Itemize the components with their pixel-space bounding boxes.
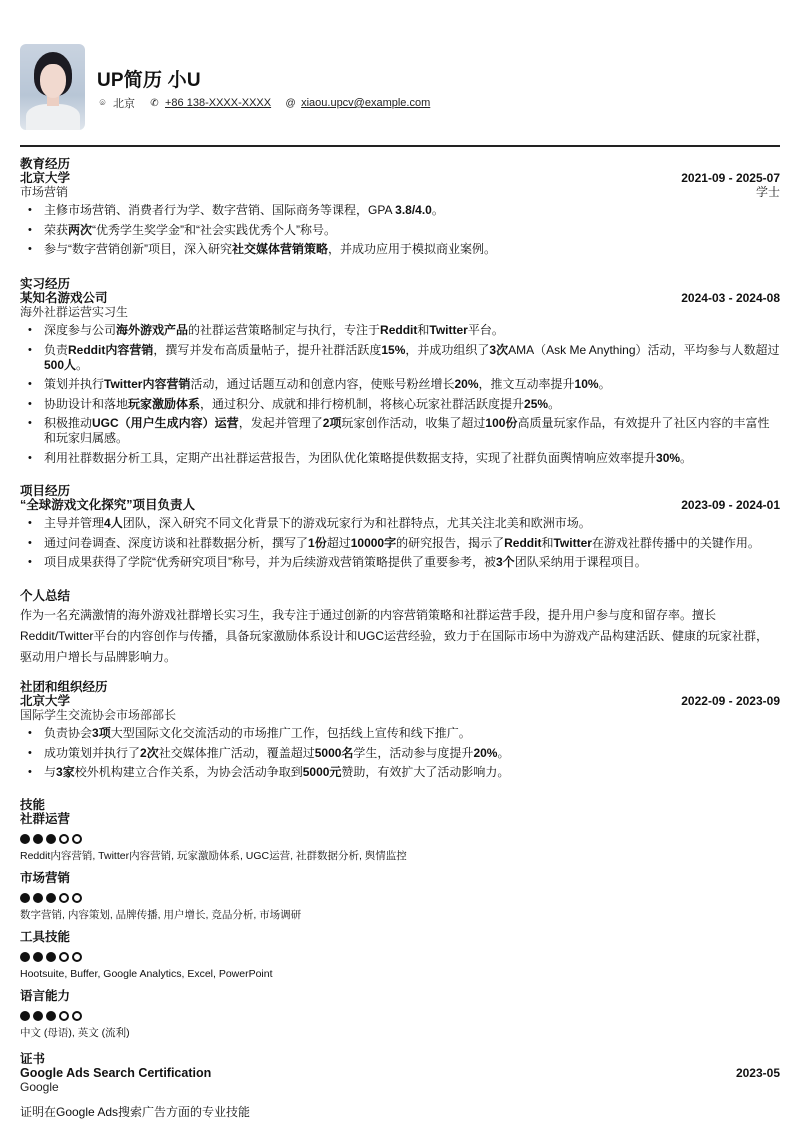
skill-level-rating xyxy=(20,1011,780,1021)
skill-keywords: 数字营销, 内容策划, 品牌传播, 用户增长, 竞品分析, 市场调研 xyxy=(20,909,780,922)
list-item: 与3家校外机构建立合作关系，为协会活动争取到5000元赞助，有效扩大了活动影响力… xyxy=(20,765,780,780)
filled-dot-icon xyxy=(33,1011,43,1021)
list-item: 负责协会3项大型国际文化交流活动的市场推广工作，包括线上宣传和线下推广。 xyxy=(20,726,780,741)
section-title: 实习经历 xyxy=(20,277,780,291)
project-bullets: 主导并管理4人团队，深入研究不同文化背景下的游戏玩家行为和社群特点，尤其关注北美… xyxy=(20,516,780,570)
section-title: 社团和组织经历 xyxy=(20,680,780,694)
filled-dot-icon xyxy=(20,893,30,903)
project-section: 项目经历 “全球游戏文化探究”项目负责人 2023-09 - 2024-01 主… xyxy=(20,484,780,575)
contact-info: ⌾ 北京 ✆ +86 138-XXXX-XXXX @ xiaou.upcv@ex… xyxy=(97,95,430,111)
certificate-description: 证明在Google Ads搜索广告方面的专业技能 xyxy=(20,1105,780,1119)
skill-keywords: Hootsuite, Buffer, Google Analytics, Exc… xyxy=(20,968,780,981)
list-item: 通过问卷调查、深度访谈和社群数据分析，撰写了1份超过10000字的研究报告，揭示… xyxy=(20,536,780,551)
list-item: 参与“数字营销创新”项目，深入研究社交媒体营销策略，并成功应用于模拟商业案例。 xyxy=(20,242,780,257)
section-title: 证书 xyxy=(20,1052,780,1066)
candidate-name: UP简历 小U xyxy=(97,65,201,92)
phone-link[interactable]: +86 138-XXXX-XXXX xyxy=(165,97,271,109)
section-title: 教育经历 xyxy=(20,157,780,171)
list-item: 积极推动UGC（用户生成内容）运营，发起并管理了2项玩家创作活动，收集了超过10… xyxy=(20,416,780,446)
summary-section: 个人总结 作为一名充满激情的海外游戏社群增长实习生，我专注于通过创新的内容营销策… xyxy=(20,589,780,668)
map-pin-icon: ⌾ xyxy=(97,98,108,109)
company-name: 某知名游戏公司 xyxy=(20,291,108,305)
list-item: 项目成果获得了学院“优秀研究项目”称号，并为后续游戏营销策略提供了重要参考，被3… xyxy=(20,555,780,570)
list-item: 策划并执行Twitter内容营销活动，通过话题互动和创意内容，使账号粉丝增长20… xyxy=(20,377,780,392)
internship-dates: 2024-03 - 2024-08 xyxy=(681,291,780,305)
empty-dot-icon xyxy=(59,834,69,844)
profile-photo xyxy=(20,44,85,130)
skill-name: 社群运营 xyxy=(20,812,780,827)
skill-keywords: Reddit内容营销, Twitter内容营销, 玩家激励体系, UGC运营, … xyxy=(20,850,780,863)
education-bullets: 主修市场营销、消费者行为学、数字营销、国际商务等课程，GPA 3.8/4.0。荣… xyxy=(20,203,780,257)
list-item: 负责Reddit内容营销，撰写并发布高质量帖子，提升社群活跃度15%，并成功组织… xyxy=(20,343,780,373)
empty-dot-icon xyxy=(72,893,82,903)
organization-section: 社团和组织经历 北京大学 2022-09 - 2023-09 国际学生交流协会市… xyxy=(20,680,780,785)
filled-dot-icon xyxy=(20,834,30,844)
job-role: 海外社群运营实习生 xyxy=(20,305,128,319)
certificate-name: Google Ads Search Certification xyxy=(20,1066,211,1080)
list-item: 协助设计和落地玩家激励体系，通过积分、成就和排行榜机制，将核心玩家社群活跃度提升… xyxy=(20,397,780,412)
summary-text: 作为一名充满激情的海外游戏社群增长实习生，我专注于通过创新的内容营销策略和社群运… xyxy=(20,605,780,668)
filled-dot-icon xyxy=(46,952,56,962)
skill-level-rating xyxy=(20,834,780,844)
skill-level-rating xyxy=(20,952,780,962)
project-dates: 2023-09 - 2024-01 xyxy=(681,498,780,512)
list-item: 成功策划并执行了2次社交媒体推广活动，覆盖超过5000名学生，活动参与度提升20… xyxy=(20,746,780,761)
filled-dot-icon xyxy=(46,1011,56,1021)
skills-section: 技能 社群运营Reddit内容营销, Twitter内容营销, 玩家激励体系, … xyxy=(20,798,780,1040)
section-title: 项目经历 xyxy=(20,484,780,498)
skill-level-rating xyxy=(20,893,780,903)
header-divider xyxy=(20,145,780,147)
filled-dot-icon xyxy=(46,893,56,903)
section-title: 技能 xyxy=(20,798,780,812)
list-item: 荣获两次“优秀学生奖学金”和“社会实践优秀个人”称号。 xyxy=(20,223,780,238)
empty-dot-icon xyxy=(59,1011,69,1021)
filled-dot-icon xyxy=(33,834,43,844)
location-text: 北京 xyxy=(113,95,135,111)
organization-bullets: 负责协会3项大型国际文化交流活动的市场推广工作，包括线上宣传和线下推广。成功策划… xyxy=(20,726,780,780)
school-name: 北京大学 xyxy=(20,171,70,185)
list-item: 主修市场营销、消费者行为学、数字营销、国际商务等课程，GPA 3.8/4.0。 xyxy=(20,203,780,218)
email-link[interactable]: xiaou.upcv@example.com xyxy=(301,97,430,109)
at-icon: @ xyxy=(285,98,296,109)
skill-name: 市场营销 xyxy=(20,871,780,886)
certificate-date: 2023-05 xyxy=(736,1066,780,1080)
major: 市场营销 xyxy=(20,185,68,199)
section-title: 个人总结 xyxy=(20,589,780,603)
skill-keywords: 中文 (母语), 英文 (流利) xyxy=(20,1027,780,1040)
org-name: 北京大学 xyxy=(20,694,70,708)
education-dates: 2021-09 - 2025-07 xyxy=(681,171,780,185)
empty-dot-icon xyxy=(59,952,69,962)
certificates-section: 证书 Google Ads Search Certification 2023-… xyxy=(20,1052,780,1119)
certificate-issuer: Google xyxy=(20,1080,59,1094)
org-dates: 2022-09 - 2023-09 xyxy=(681,694,780,708)
degree: 学士 xyxy=(756,185,780,199)
skill-name: 工具技能 xyxy=(20,930,780,945)
empty-dot-icon xyxy=(72,834,82,844)
empty-dot-icon xyxy=(72,1011,82,1021)
list-item: 利用社群数据分析工具，定期产出社群运营报告，为团队优化策略提供数据支持，实现了社… xyxy=(20,451,780,466)
project-name: “全球游戏文化探究”项目负责人 xyxy=(20,498,195,512)
list-item: 深度参与公司海外游戏产品的社群运营策略制定与执行，专注于Reddit和Twitt… xyxy=(20,323,780,338)
filled-dot-icon xyxy=(33,952,43,962)
filled-dot-icon xyxy=(33,893,43,903)
internship-bullets: 深度参与公司海外游戏产品的社群运营策略制定与执行，专注于Reddit和Twitt… xyxy=(20,323,780,466)
filled-dot-icon xyxy=(46,834,56,844)
resume-header: UP简历 小U ⌾ 北京 ✆ +86 138-XXXX-XXXX @ xiaou… xyxy=(20,44,780,130)
phone-icon: ✆ xyxy=(149,98,160,109)
skill-name: 语言能力 xyxy=(20,989,780,1004)
empty-dot-icon xyxy=(72,952,82,962)
empty-dot-icon xyxy=(59,893,69,903)
education-section: 教育经历 北京大学 2021-09 - 2025-07 市场营销 学士 主修市场… xyxy=(20,157,780,262)
org-role: 国际学生交流协会市场部部长 xyxy=(20,708,176,722)
internship-section: 实习经历 某知名游戏公司 2024-03 - 2024-08 海外社群运营实习生… xyxy=(20,277,780,470)
list-item: 主导并管理4人团队，深入研究不同文化背景下的游戏玩家行为和社群特点，尤其关注北美… xyxy=(20,516,780,531)
filled-dot-icon xyxy=(20,952,30,962)
filled-dot-icon xyxy=(20,1011,30,1021)
skills-list: 社群运营Reddit内容营销, Twitter内容营销, 玩家激励体系, UGC… xyxy=(20,812,780,1040)
